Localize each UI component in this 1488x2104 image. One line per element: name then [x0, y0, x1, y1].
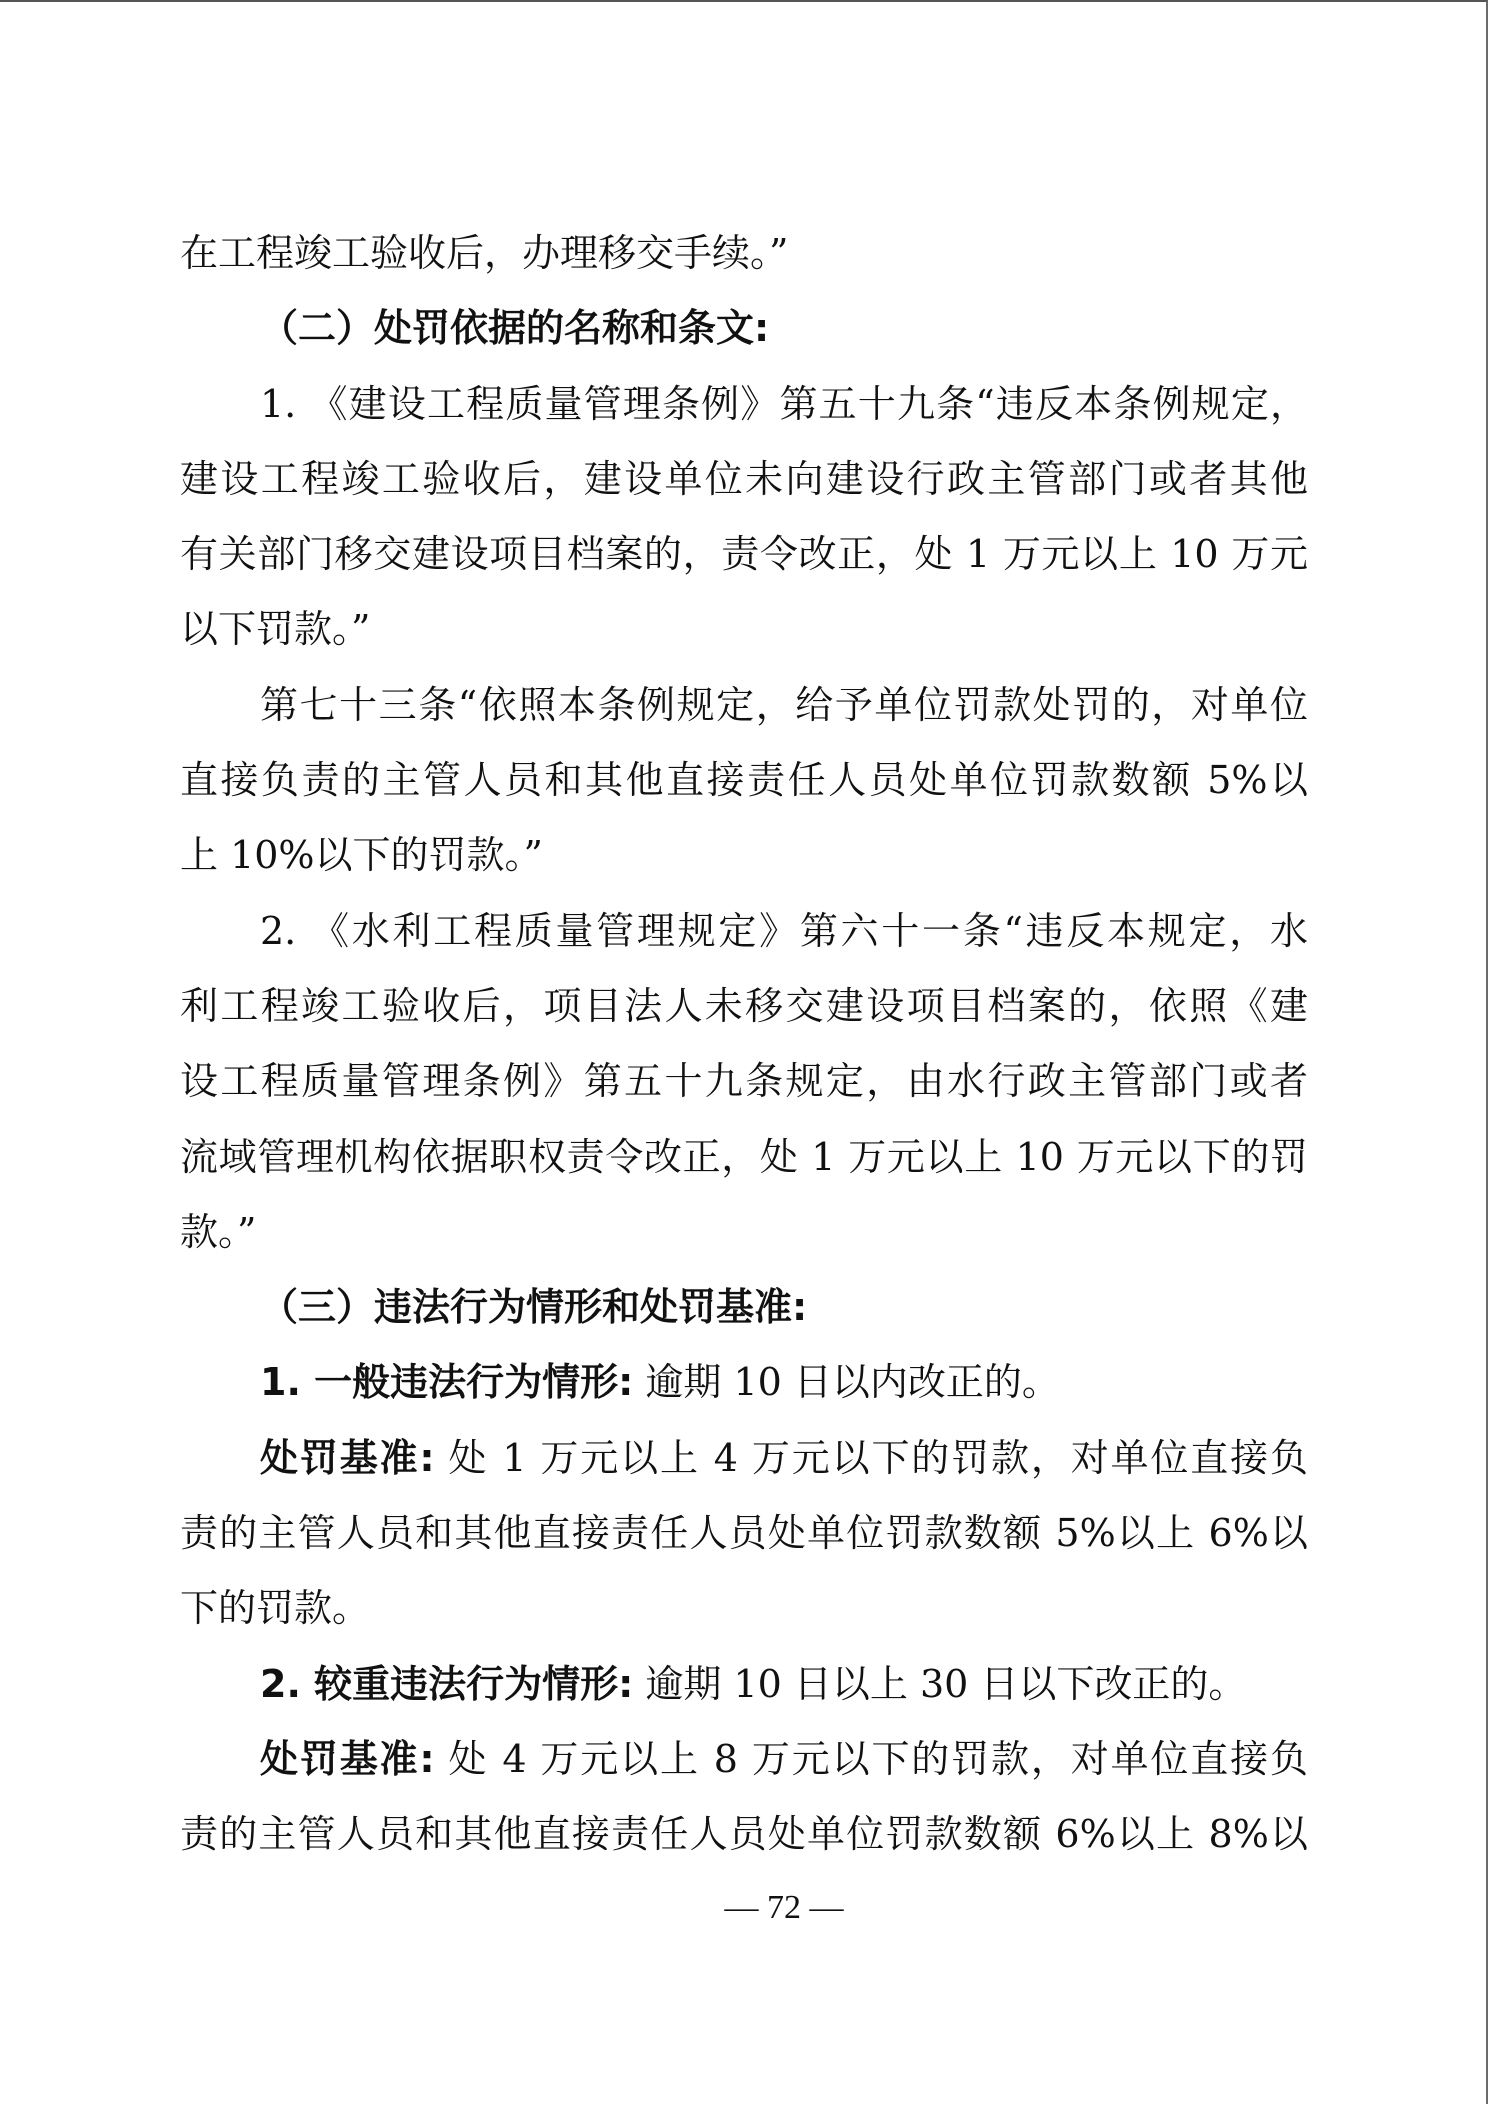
text-run: 设工程质量管理条例》第五十九条规定，由水行政主管部门或者	[180, 1059, 1308, 1103]
body-text: 在工程竣工验收后，办理移交手续。”（二）处罚依据的名称和条文:1. 《建设工程质…	[180, 216, 1308, 1873]
bold-label: 处罚基准:	[260, 1436, 435, 1480]
text-run: 责的主管人员和其他直接责任人员处单位罚款数额 6%以上 8%以	[180, 1812, 1308, 1856]
text-run: 在工程竣工验收后，办理移交手续。”	[180, 231, 788, 275]
section-heading: （二）处罚依据的名称和条文:	[180, 291, 1308, 366]
text-line: 流域管理机构依据职权责令改正，处 1 万元以上 10 万元以下的罚	[180, 1120, 1308, 1195]
text-line: 设工程质量管理条例》第五十九条规定，由水行政主管部门或者	[180, 1044, 1308, 1119]
text-line: 第七十三条“依照本条例规定，给予单位罚款处罚的，对单位	[180, 668, 1308, 743]
text-line: 处罚基准: 处 1 万元以上 4 万元以下的罚款，对单位直接负	[180, 1421, 1308, 1496]
text-line: 款。”	[180, 1195, 1308, 1270]
text-line: 建设工程竣工验收后，建设单位未向建设行政主管部门或者其他	[180, 442, 1308, 517]
text-line: 下的罚款。	[180, 1571, 1308, 1646]
text-run: 上 10%以下的罚款。”	[180, 833, 543, 877]
bold-label: （三）违法行为情形和处罚基准:	[260, 1285, 807, 1329]
text-run: 逾期 10 日以内改正的。	[633, 1360, 1060, 1404]
text-run: 直接负责的主管人员和其他直接责任人员处单位罚款数额 5%以	[180, 758, 1308, 802]
bold-label: 处罚基准:	[260, 1737, 435, 1781]
text-line: 直接负责的主管人员和其他直接责任人员处单位罚款数额 5%以	[180, 743, 1308, 818]
text-run: 利工程竣工验收后，项目法人未移交建设项目档案的，依照《建	[180, 984, 1308, 1028]
text-run: 处 4 万元以上 8 万元以下的罚款，对单位直接负	[435, 1737, 1308, 1781]
bold-label: 1. 一般违法行为情形:	[260, 1360, 633, 1404]
text-run: 责的主管人员和其他直接责任人员处单位罚款数额 5%以上 6%以	[180, 1511, 1308, 1555]
text-run: 1. 《建设工程质量管理条例》第五十九条“违反本条例规定，	[260, 382, 1308, 426]
text-run: 有关部门移交建设项目档案的，责令改正，处 1 万元以上 10 万元	[180, 532, 1308, 576]
text-line: 1. 一般违法行为情形: 逾期 10 日以内改正的。	[180, 1345, 1308, 1420]
text-line: 利工程竣工验收后，项目法人未移交建设项目档案的，依照《建	[180, 969, 1308, 1044]
text-line: 处罚基准: 处 4 万元以上 8 万元以下的罚款，对单位直接负	[180, 1722, 1308, 1797]
text-line: 有关部门移交建设项目档案的，责令改正，处 1 万元以上 10 万元	[180, 517, 1308, 592]
text-line: 2. 较重违法行为情形: 逾期 10 日以上 30 日以下改正的。	[180, 1647, 1308, 1722]
text-run: 逾期 10 日以上 30 日以下改正的。	[633, 1662, 1246, 1706]
section-heading: （三）违法行为情形和处罚基准:	[180, 1270, 1308, 1345]
text-line: 责的主管人员和其他直接责任人员处单位罚款数额 6%以上 8%以	[180, 1797, 1308, 1872]
text-run: 第七十三条“依照本条例规定，给予单位罚款处罚的，对单位	[260, 683, 1308, 727]
text-run: 2. 《水利工程质量管理规定》第六十一条“违反本规定，水	[260, 909, 1308, 953]
text-run: 款。”	[180, 1210, 256, 1254]
bold-label: 2. 较重违法行为情形:	[260, 1662, 633, 1706]
text-line: 上 10%以下的罚款。”	[180, 818, 1308, 893]
page-number: — 72 —	[700, 1888, 868, 1928]
text-run: 以下罚款。”	[180, 607, 370, 651]
text-run: 建设工程竣工验收后，建设单位未向建设行政主管部门或者其他	[180, 457, 1308, 501]
text-line: 在工程竣工验收后，办理移交手续。”	[180, 216, 1308, 291]
text-line: 2. 《水利工程质量管理规定》第六十一条“违反本规定，水	[180, 894, 1308, 969]
text-run: 处 1 万元以上 4 万元以下的罚款，对单位直接负	[435, 1436, 1308, 1480]
text-run: 下的罚款。	[180, 1586, 370, 1630]
text-line: 以下罚款。”	[180, 592, 1308, 667]
text-line: 责的主管人员和其他直接责任人员处单位罚款数额 5%以上 6%以	[180, 1496, 1308, 1571]
text-line: 1. 《建设工程质量管理条例》第五十九条“违反本条例规定，	[180, 367, 1308, 442]
bold-label: （二）处罚依据的名称和条文:	[260, 306, 769, 350]
text-run: 流域管理机构依据职权责令改正，处 1 万元以上 10 万元以下的罚	[180, 1135, 1308, 1179]
document-page: 在工程竣工验收后，办理移交手续。”（二）处罚依据的名称和条文:1. 《建设工程质…	[0, 0, 1488, 2104]
